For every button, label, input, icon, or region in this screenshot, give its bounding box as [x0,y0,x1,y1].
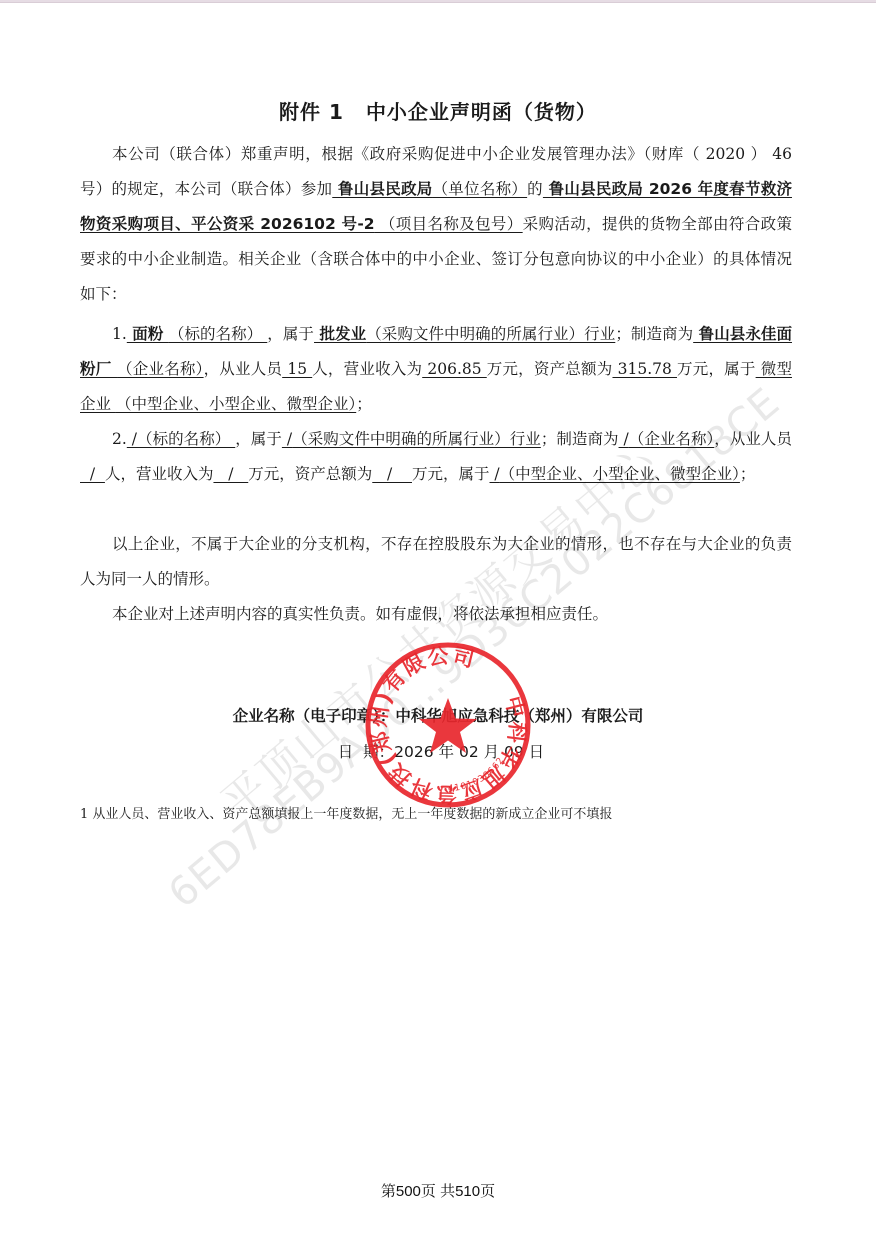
label: ；制造商为 [541,430,619,448]
item-industry-note: （采购文件中明确的所属行业）行业 [292,430,541,448]
label: ，从业人员 [714,430,792,448]
item-revenue: / [213,465,248,483]
label: ； [356,395,372,413]
item-type: / [490,465,500,483]
item-industry: / [282,430,292,448]
label: ，从业人员 [204,360,283,378]
project-note: （项目名称及包号） [375,215,523,233]
closing-paragraph: 以上企业，不属于大企业的分支机构，不存在控股股东为大企业的情形，也不存在与大企业… [80,527,792,597]
item-maker-note: （企业名称） [117,360,204,378]
item-type-note: （中型企业、小型企业、微型企业） [116,395,356,413]
date-value: 2026 年 02 月 09 日 [394,743,544,761]
item-maker-note: （企业名称） [629,430,715,448]
item-staff: / [80,465,105,483]
label: ，属于 [235,430,282,448]
item-maker: / [619,430,629,448]
purchaser-note: （单位名称） [433,180,528,198]
purchaser-name: 鲁山县民政局 [332,180,432,198]
item-assets: 315.78 [612,360,677,378]
item-subject-note: （标的名称） [169,325,267,343]
date-label: 日 期： [338,743,394,761]
item-index: 2. [112,430,127,448]
label: 人，营业收入为 [312,360,422,378]
label: 万元，属于 [677,360,756,378]
enterprise-item-2: 2. /（标的名称） ，属于 /（采购文件中明确的所属行业）行业；制造商为 /（… [80,422,792,492]
item-subject: / [127,430,137,448]
page-indicator: 第500页 共510页 [0,1180,876,1201]
item-industry: 批发业 [314,325,366,343]
intro-connector: 的 [527,180,543,198]
label: ； [740,465,756,483]
item-revenue: 206.85 [422,360,487,378]
truth-statement: 本企业对上述声明内容的真实性负责。如有虚假，将依法承担相应责任。 [80,597,792,632]
item-index: 1. [112,325,127,343]
footnote: 1 从业人员、营业收入、资产总额填报上一年度数据，无上一年度数据的新成立企业可不… [80,803,612,822]
label: ，属于 [267,325,314,343]
signature-date: 日 期：2026 年 02 月 09 日 [0,740,876,762]
item-industry-note: （采购文件中明确的所属行业）行业 [366,325,615,343]
intro-paragraph: 本公司（联合体）郑重声明，根据《政府采购促进中小企业发展管理办法》（财库（ 20… [80,137,792,312]
item-subject: 面粉 [127,325,169,343]
document-page: 附件 1中小企业声明函（货物） 本公司（联合体）郑重声明，根据《政府采购促进中小… [0,0,876,1240]
signature-company: 企业名称（电子印章）：中科华旭应急科技（郑州）有限公司 [0,704,876,726]
item-assets: / [372,465,412,483]
company-label: 企业名称（电子印章）： [233,707,396,725]
title-main: 中小企业声明函（货物） [366,100,597,124]
item-subject-note: （标的名称） [137,430,235,448]
label: ；制造商为 [615,325,693,343]
title-prefix: 附件 1 [279,100,344,124]
page-title: 附件 1中小企业声明函（货物） [0,96,876,125]
item-type-note: （中型企业、小型企业、微型企业） [500,465,740,483]
label: 人，营业收入为 [105,465,214,483]
company-name: 中科华旭应急科技（郑州）有限公司 [395,707,643,725]
enterprise-item-1: 1. 面粉 （标的名称） ，属于 批发业（采购文件中明确的所属行业）行业；制造商… [80,317,792,422]
label: 万元，属于 [412,465,490,483]
label: 万元，资产总额为 [487,360,613,378]
label: 万元，资产总额为 [248,465,372,483]
item-staff: 15 [282,360,312,378]
